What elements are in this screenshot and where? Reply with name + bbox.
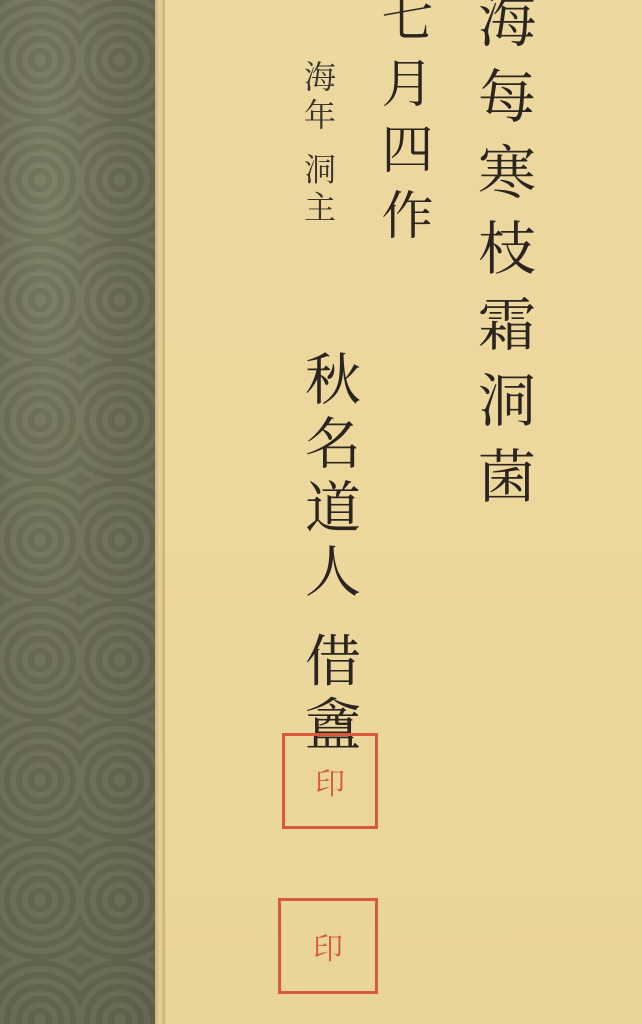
calligraphy-column-3: 海年 洞主 bbox=[295, 60, 341, 228]
red-seal-1: 印 bbox=[282, 733, 378, 829]
calligraphy-column-2: 七月四作 bbox=[365, 0, 440, 254]
scroll-edge bbox=[155, 0, 165, 1024]
silk-mount-border bbox=[0, 0, 162, 1024]
red-seal-2: 印 bbox=[278, 898, 378, 994]
calligraphy-signature: 秋名道人 借盦 bbox=[288, 350, 368, 760]
calligraphy-column-1: 海每寒枝霜洞菌 bbox=[460, 0, 544, 522]
